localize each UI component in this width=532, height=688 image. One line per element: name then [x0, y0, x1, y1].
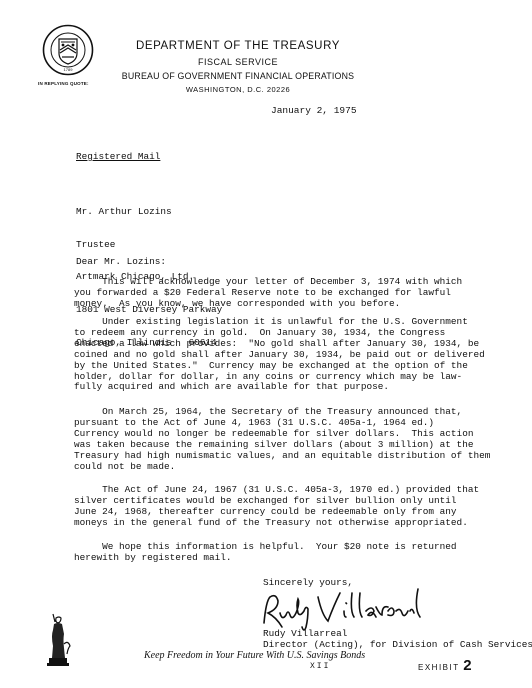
address-line: Trustee — [76, 240, 222, 251]
exhibit-label: EXHIBIT 2 — [418, 657, 472, 674]
location: WASHINGTON, D.C. 20226 — [88, 85, 388, 94]
reply-quote-label: IN REPLYING QUOTE: — [38, 81, 89, 86]
svg-text:1789: 1789 — [64, 67, 74, 72]
body-paragraph: Under existing legislation it is unlawfu… — [74, 317, 485, 393]
exhibit-number: 2 — [463, 657, 471, 674]
delivery-method: Registered Mail — [76, 152, 160, 163]
address-line: Mr. Arthur Lozins — [76, 207, 222, 218]
body-paragraph: This will acknowledge your letter of Dec… — [74, 277, 462, 310]
department-name: DEPARTMENT OF THE TREASURY — [88, 40, 388, 52]
statue-of-liberty-icon — [44, 612, 72, 668]
salutation: Dear Mr. Lozins: — [76, 257, 166, 268]
bureau-name: BUREAU OF GOVERNMENT FINANCIAL OPERATION… — [88, 71, 388, 81]
exhibit-text: EXHIBIT — [418, 663, 459, 672]
service-name: FISCAL SERVICE — [88, 57, 388, 67]
body-paragraph: We hope this information is helpful. You… — [74, 542, 457, 564]
treasury-seal-icon: 1789 — [42, 24, 94, 76]
letter-date: January 2, 1975 — [271, 105, 357, 116]
body-paragraph: The Act of June 24, 1967 (31 U.S.C. 405a… — [74, 485, 479, 529]
savings-bonds-slogan: Keep Freedom in Your Future With U.S. Sa… — [144, 650, 365, 661]
page-number: XII — [310, 662, 330, 671]
body-paragraph: On March 25, 1964, the Secretary of the … — [74, 407, 490, 472]
